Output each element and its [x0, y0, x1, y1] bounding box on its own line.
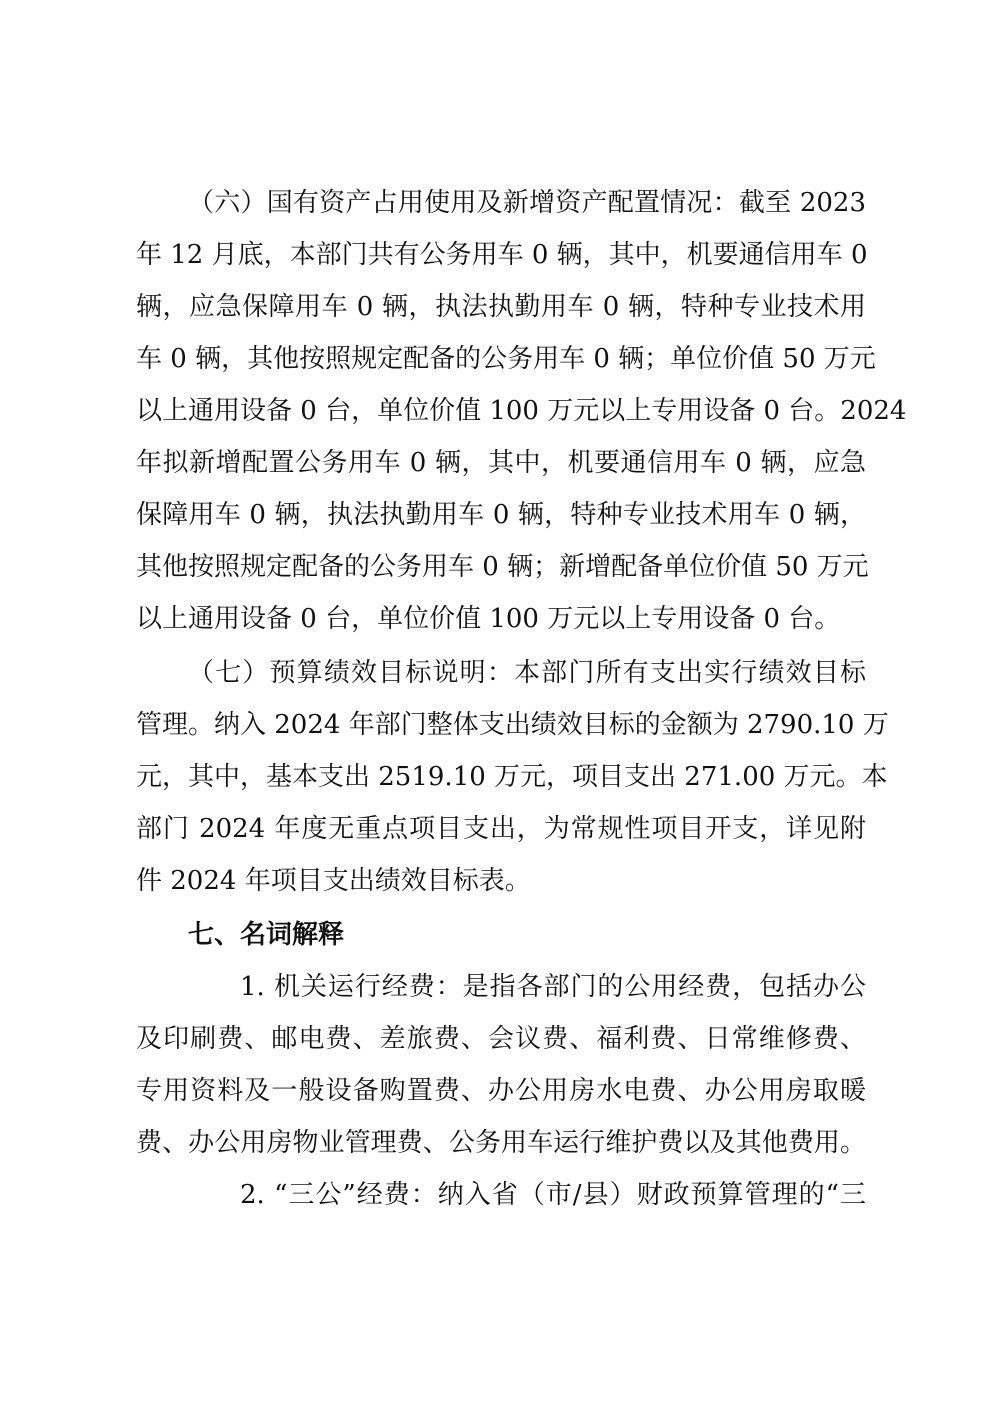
paragraph-assets-line-8: 其他按照规定配备的公务用车 0 辆；新增配备单位价值 50 万元: [136, 547, 866, 587]
paragraph-performance-line-1: （七）预算绩效目标说明：本部门所有支出实行绩效目标: [188, 653, 866, 693]
term1-line-2: 及印刷费、邮电费、差旅费、会议费、福利费、日常维修费、: [136, 1019, 866, 1059]
term1-line-1: 1. 机关运行经费：是指各部门的公用经费，包括办公: [240, 967, 866, 1007]
term1-line-4: 费、办公用房物业管理费、公务用车运行维护费以及其他费用。: [136, 1123, 866, 1163]
paragraph-assets-line-1: （六）国有资产占用使用及新增资产配置情况：截至 2023: [188, 183, 866, 223]
paragraph-assets-line-2: 年 12 月底，本部门共有公务用车 0 辆，其中，机要通信用车 0: [136, 235, 866, 275]
section-heading-glossary: 七、名词解释: [188, 915, 488, 955]
paragraph-assets-line-7: 保障用车 0 辆，执法执勤用车 0 辆，特种专业技术用车 0 辆，: [136, 495, 866, 535]
term2-line-1: 2. “三公”经费：纳入省（市/县）财政预算管理的“三: [240, 1175, 866, 1215]
paragraph-performance-line-3: 元，其中，基本支出 2519.10 万元，项目支出 271.00 万元。本: [136, 757, 866, 797]
paragraph-assets-line-3: 辆，应急保障用车 0 辆，执法执勤用车 0 辆，特种专业技术用: [136, 287, 866, 327]
paragraph-assets-line-9: 以上通用设备 0 台，单位价值 100 万元以上专用设备 0 台。: [136, 599, 866, 639]
paragraph-performance-line-2: 管理。纳入 2024 年部门整体支出绩效目标的金额为 2790.10 万: [136, 705, 866, 745]
paragraph-performance-line-4: 部门 2024 年度无重点项目支出，为常规性项目开支，详见附: [136, 809, 866, 849]
paragraph-assets-line-6: 年拟新增配置公务用车 0 辆，其中，机要通信用车 0 辆，应急: [136, 443, 866, 483]
term1-line-3: 专用资料及一般设备购置费、办公用房水电费、办公用房取暖: [136, 1071, 866, 1111]
paragraph-assets-line-5: 以上通用设备 0 台，单位价值 100 万元以上专用设备 0 台。2024: [136, 391, 866, 431]
paragraph-performance-line-5: 件 2024 年项目支出绩效目标表。: [136, 861, 866, 901]
document-page: （六）国有资产占用使用及新增资产配置情况：截至 2023 年 12 月底，本部门…: [0, 0, 1000, 1414]
paragraph-assets-line-4: 车 0 辆，其他按照规定配备的公务用车 0 辆；单位价值 50 万元: [136, 339, 866, 379]
